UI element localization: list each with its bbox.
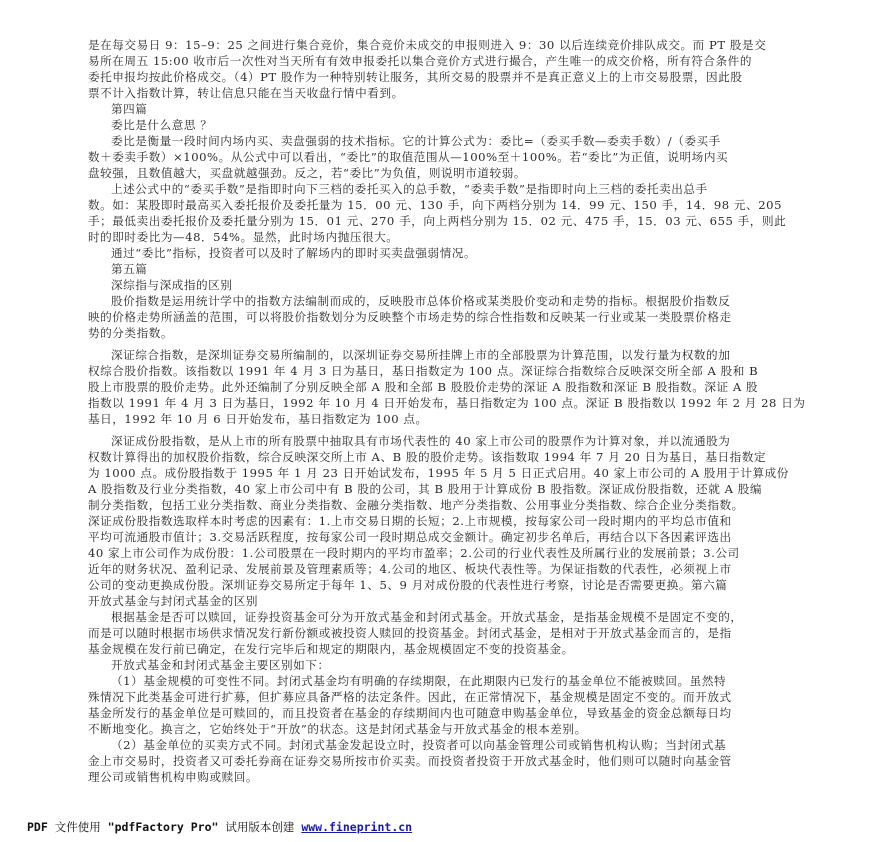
text-line: 基日，1992 年 10 月 6 日开始发布，基日指数定为 100 点。 bbox=[88, 411, 428, 427]
text-line: 上述公式中的“委买手数”是指即时向下三档的委托买入的总手数，“委卖手数”是指即时… bbox=[111, 181, 708, 197]
text-line: 股上市股票的股价走势。此外还编制了分别反映全部 A 股和全部 B 股股价走势的深… bbox=[88, 379, 758, 395]
footer-text-before: 文件使用 bbox=[55, 820, 101, 834]
text-line: 深证综合指数，是深圳证券交易所编制的，以深圳证券交易所挂牌上市的全部股票为计算范… bbox=[111, 347, 730, 363]
text-line: 指数以 1991 年 4 月 3 日为基日，1992 年 10 月 4 日开始发… bbox=[88, 395, 806, 411]
text-line: 数。如：某股即时最高买入委托报价及委托量为 15．00 元、130 手，向下两档… bbox=[88, 197, 782, 213]
text-line: 股价指数是运用统计学中的指数方法编制而成的，反映股市总体价格或某类股价变动和走势… bbox=[111, 293, 730, 309]
text-line: 开放式基金和封闭式基金主要区别如下： bbox=[111, 657, 330, 673]
text-line: 不断地变化。换言之，它始终处于“开放”的状态。这是封闭式基金与开放式基金的根本差… bbox=[88, 721, 587, 737]
text-line: 殊情况下此类基金可进行扩募，但扩募应具备严格的法定条件。因此，在正常情况下，基金… bbox=[88, 689, 732, 705]
text-line: 基金规模在发行前已确定，在发行完毕后和规定的期限内，基金规模固定不变的投资基金。 bbox=[88, 641, 574, 657]
text-line: 权综合股价指数。该指数以 1991 年 4 月 3 日为基日，基日指数定为 10… bbox=[88, 363, 758, 379]
text-line: 时的即时委比为—48．54%。显然，此时场内抛压很大。 bbox=[88, 229, 398, 245]
footer-text-after: 试用版本创建 bbox=[225, 820, 294, 834]
text-line: （2）基金单位的买卖方式不同。封闭式基金发起设立时，投资者可以向基金管理公司或销… bbox=[111, 737, 726, 753]
text-line: 权数计算得出的加权股价指数，综合反映深交所上市 A、B 股的股价走势。该指数取 … bbox=[88, 449, 766, 465]
text-line: 基金所发行的基金单位是可赎回的，而且投资者在基金的存续期间内也可随意申购基金单位… bbox=[88, 705, 732, 721]
text-line: 票不计入指数计算，转让信息只能在当天收盘行情中看到。 bbox=[88, 85, 404, 101]
text-line: 公司的变动更换成份股。深圳证券交易所定于每年 1、5、9 月对成份股的代表性进行… bbox=[88, 577, 727, 593]
text-line: 为 1000 点。成份股指数于 1995 年 1 月 23 日开始试发布，199… bbox=[88, 465, 789, 481]
text-line: （1）基金规模的可变性不同。封闭式基金均有明确的存续期限，在此期限内已发行的基金… bbox=[111, 673, 726, 689]
text-line: 深证成份股指数选取样本时考虑的因素有：1.上市交易日期的长短；2.上市规模，按每… bbox=[88, 513, 732, 529]
text-line: 数＋委卖手数）×100%。从公式中可以看出，“委比”的取值范围从—100%至＋1… bbox=[88, 149, 728, 165]
text-line: 通过“委比”指标，投资者可以及时了解场内的即时买卖盘强弱情况。 bbox=[111, 245, 476, 261]
text-line: 第四篇 bbox=[111, 101, 147, 117]
text-line: 势的分类指数。 bbox=[88, 325, 173, 341]
text-line: 盘较强，且数值越大，买盘就越强劲。反之，若“委比”为负值，则说明市道较弱。 bbox=[88, 165, 526, 181]
text-line: 制分类指数，包括工业分类指数、商业分类指数、金融分类指数、地产分类指数、公用事业… bbox=[88, 497, 744, 513]
text-line: 第五篇 bbox=[111, 261, 147, 277]
text-line: 40 家上市公司作为成份股：1.公司股票在一段时期内的平均市盈率；2.公司的行业… bbox=[88, 545, 740, 561]
text-line: 而是可以随时根据市场供求情况发行新份额或被投资人赎回的投资基金。封闭式基金，是相… bbox=[88, 625, 732, 641]
text-line: 根据基金是否可以赎回，证券投资基金可分为开放式基金和封闭式基金。开放式基金，是指… bbox=[111, 609, 742, 625]
text-line: A 股指数及行业分类指数，40 家上市公司中有 B 股的公司，其 B 股用于计算… bbox=[88, 481, 762, 497]
text-line: 近年的财务状况、盈利记录、发展前景及管理素质等；4.公司的地区、板块代表性等。为… bbox=[88, 561, 732, 577]
text-line: 理公司或销售机构申购或赎回。 bbox=[88, 769, 258, 785]
pdf-label: PDF bbox=[27, 820, 48, 834]
text-line: 委比是什么意思 ？ bbox=[111, 117, 212, 133]
text-line: 深证成份股指数，是从上市的所有股票中抽取具有市场代表性的 40 家上市公司的股票… bbox=[111, 433, 730, 449]
text-line: 是在每交易日 9：15–9：25 之间进行集合竞价，集合竞价未成交的申报则进入 … bbox=[88, 37, 766, 53]
text-line: 委比是衡量一段时间内场内买、卖盘强弱的技术指标。它的计算公式为：委比=（委买手数… bbox=[111, 133, 721, 149]
text-line: 平均可流通股市值计；3.交易活跃程度，按每家公司一段时期总成交金额计。确定初步名… bbox=[88, 529, 732, 545]
text-line: 委托申报均按此价格成交。（4）PT 股作为一种特别转让服务，其所交易的股票并不是… bbox=[88, 69, 742, 85]
pdf-watermark-footer: PDF 文件使用 "pdfFactory Pro" 试用版本创建 www.fin… bbox=[27, 819, 412, 835]
text-line: 手；最低卖出委托报价及委托量分别为 15．01 元、270 手，向上两档分别为 … bbox=[88, 213, 786, 229]
text-line: 映的价格走势所涵盖的范围，可以将股价指数划分为反映整个市场走势的综合性指数和反映… bbox=[88, 309, 732, 325]
text-line: 深综指与深成指的区别 bbox=[111, 277, 232, 293]
text-line: 开放式基金与封闭式基金的区别 bbox=[88, 593, 258, 609]
product-name: "pdfFactory Pro" bbox=[108, 820, 219, 834]
text-line: 金上市交易时，投资者又可委托券商在证券交易所按市价买卖。而投资者投资于开放式基金… bbox=[88, 753, 732, 769]
text-line: 易所在周五 15:00 收市后一次性对当天所有有效申报委托以集合竞价方式进行撮合… bbox=[88, 53, 752, 69]
fineprint-link[interactable]: www.fineprint.cn bbox=[301, 820, 412, 834]
